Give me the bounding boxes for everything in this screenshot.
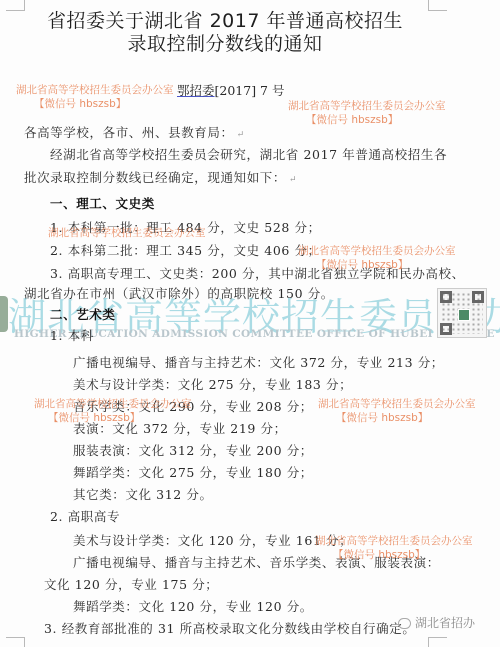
- art-undergrad-item: 舞蹈学类：文化 275 分，专业 180 分；: [73, 463, 313, 481]
- qr-code-icon: [437, 288, 487, 338]
- leaf-logo-icon: [0, 296, 8, 332]
- small-watermark: 湖北省高等学校招生委员会办公室 【微信号 hbszsb】: [318, 397, 476, 425]
- art-vocational-item: 文化 120 分，专业 175 分；: [44, 575, 218, 593]
- intro-line-1: 经湖北省高等学校招生委员会研究，湖北省 2017 年普通高校招生各: [50, 145, 447, 163]
- section2-sub3: 3. 经教育部批准的 31 所高校录取文化分数线由学校自行确定。: [44, 619, 415, 637]
- wechat-brand-mark: 湖北省招办: [398, 614, 475, 631]
- doc-number-suffix: [2017] 7 号: [215, 83, 285, 98]
- art-undergrad-item: 服装表演：文化 312 分，专业 200 分；: [73, 441, 313, 459]
- intro-line-2: 批次录取控制分数线已经确定，现通知如下：↵: [24, 168, 297, 186]
- addressee: 各高等学校，各市、州、县教育局：↵: [24, 123, 245, 141]
- section2-sub2-heading: 2. 高职高专: [50, 507, 120, 525]
- small-watermark: 湖北省高等学校招生委员会办公室: [48, 226, 206, 240]
- document-page: 省招委关于湖北省 2017 年普通高校招生 录取控制分数线的通知 鄂招委[201…: [0, 0, 500, 647]
- art-vocational-item: 美术与设计学类：文化 120 分，专业 161 分；: [73, 531, 352, 549]
- document-title-line2: 录取控制分数线的通知: [0, 29, 450, 56]
- art-undergrad-item: 其它类：文化 312 分。: [73, 485, 213, 503]
- section1-heading: 一、理工、文史类: [50, 194, 155, 212]
- section1-item: 2. 本科第二批：理工 345 分，文史 406 分；: [50, 241, 321, 259]
- art-vocational-item: 舞蹈学类：文化 120 分，专业 120 分。: [73, 597, 313, 615]
- art-undergrad-item: 广播电视编导、播音与主持艺术：文化 372 分，专业 213 分；: [73, 353, 444, 371]
- small-watermark: 湖北省高等学校招生委员会办公室 【微信号 hbszsb】: [34, 397, 192, 425]
- art-undergrad-item: 美术与设计学类：文化 275 分，专业 183 分；: [73, 375, 352, 393]
- page-corner-mark: [428, 637, 447, 647]
- doc-number-prefix: 鄂招委: [177, 83, 215, 98]
- small-watermark: 湖北省高等学校招生委员会办公室 【微信号 hbszsb】: [288, 99, 446, 127]
- section2-sub1-heading: 1. 本科: [50, 326, 94, 344]
- document-number: 鄂招委[2017] 7 号: [177, 81, 284, 99]
- section2-heading: 二、艺术类: [50, 305, 116, 323]
- page-corner-mark: [6, 637, 25, 647]
- small-watermark: 湖北省高等学校招生委员会办公室 【微信号 hbszsb】: [315, 534, 473, 562]
- small-watermark: 湖北省高等学校招生委员会办公室 【微信号 hbszsb】: [298, 244, 456, 272]
- wechat-icon: [398, 618, 411, 629]
- small-watermark: 湖北省高等学校招生委员会办公室 【微信号 hbszsb】: [16, 83, 174, 111]
